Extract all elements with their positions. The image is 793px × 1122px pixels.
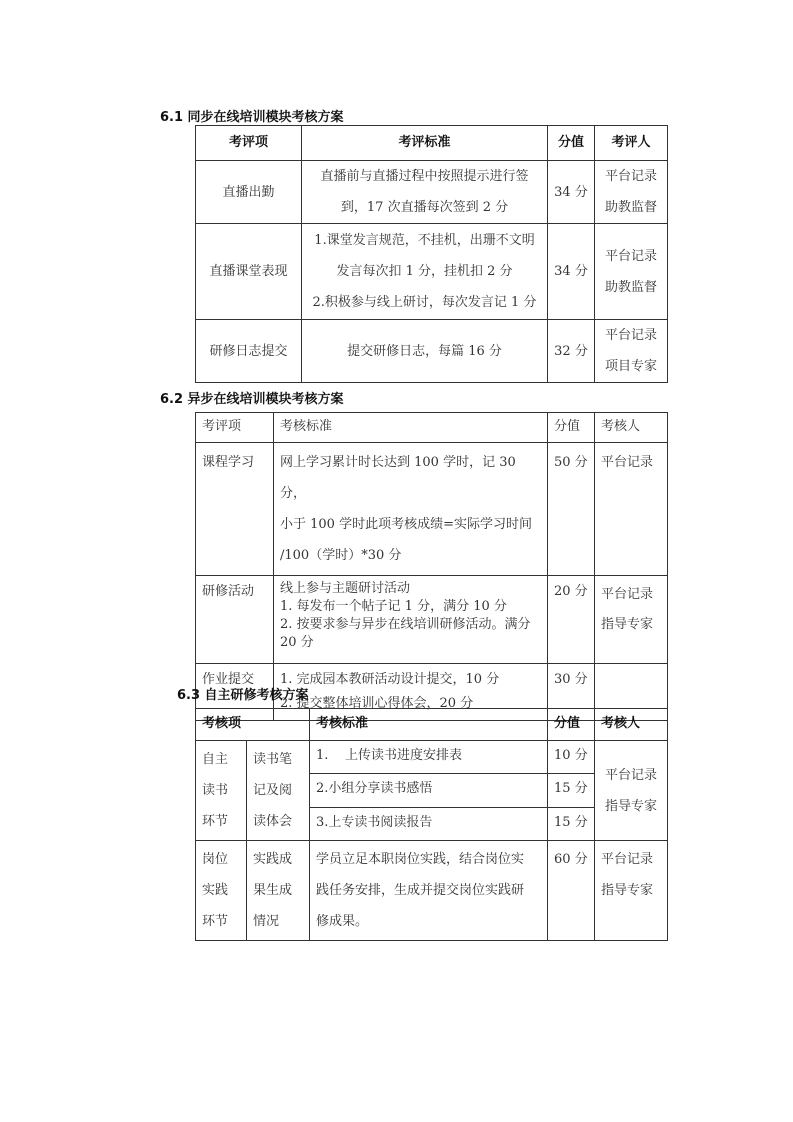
header-cell: 考核人 [595, 413, 668, 443]
category-line: 自主 [202, 744, 240, 775]
reviewer-line: 平台记录 [601, 844, 661, 875]
header-cell: 考评人 [595, 126, 668, 161]
subcategory-cell: 实践成 果生成 情况 [247, 841, 310, 941]
criteria-cell: 1. 上传读书进度安排表 [310, 741, 548, 774]
sync-training-table: 考评项 考评标准 分值 考评人 直播出勤 直播前与直播过程中按照提示进行签 到，… [195, 125, 668, 383]
reviewer-cell: 平台记录 项目专家 [595, 320, 668, 383]
criteria-line: 20 分 [280, 634, 541, 652]
reviewer-line: 平台记录 [601, 760, 661, 791]
reviewer-line: 平台记录 [595, 161, 667, 192]
subcategory-line: 读体会 [253, 806, 303, 837]
table-row: 自主 读书 环节 读书笔 记及阅 读体会 1. 上传读书进度安排表 10 分 平… [196, 741, 668, 774]
category-cell: 岗位 实践 环节 [196, 841, 247, 941]
criteria-line: 小于 100 学时此项考核成绩=实际学习时间 [280, 509, 541, 540]
score-cell: 34 分 [548, 161, 595, 224]
category-line: 环节 [202, 906, 240, 937]
subcategory-line: 情况 [253, 906, 303, 937]
header-cell: 分值 [548, 126, 595, 161]
criteria-cell: 3.上专读书阅读报告 [310, 807, 548, 840]
header-cell: 考核项 [196, 709, 310, 741]
reviewer-cell: 平台记录 助教监督 [595, 161, 668, 224]
criteria-line: 线上参与主题研讨活动 [280, 580, 541, 598]
table-row: 课程学习 网上学习累计时长达到 100 学时，记 30 分， 小于 100 学时… [196, 443, 668, 576]
reviewer-cell: 平台记录 指导专家 [595, 841, 668, 941]
criteria-line: /100（学时）*30 分 [280, 540, 541, 571]
criteria-line: 1. 完成园本教研活动设计提交，10 分 [280, 668, 541, 692]
table-row: 研修活动 线上参与主题研讨活动 1. 每发布一个帖子记 1 分，满分 10 分 … [196, 576, 668, 664]
score-cell: 15 分 [548, 807, 595, 840]
header-cell: 分值 [548, 413, 595, 443]
item-cell: 直播课堂表现 [196, 224, 302, 320]
reviewer-line: 平台记录 [595, 320, 667, 351]
header-cell: 分值 [548, 709, 595, 741]
table-header-row: 考核项 考核标准 分值 考核人 [196, 709, 668, 741]
header-cell: 考评项 [196, 126, 302, 161]
category-line: 读书 [202, 775, 240, 806]
subcategory-cell: 读书笔 记及阅 读体会 [247, 741, 310, 841]
reviewer-cell: 平台记录 助教监督 [595, 224, 668, 320]
table-header-row: 考评项 考评标准 分值 考评人 [196, 126, 668, 161]
score-cell: 15 分 [548, 774, 595, 807]
table-row: 岗位 实践 环节 实践成 果生成 情况 学员立足本职岗位实践，结合岗位实 践任务… [196, 841, 668, 941]
table-row: 研修日志提交 提交研修日志，每篇 16 分 32 分 平台记录 项目专家 [196, 320, 668, 383]
criteria-line: 1. 每发布一个帖子记 1 分，满分 10 分 [280, 598, 541, 616]
reviewer-cell: 平台记录 指导专家 [595, 741, 668, 841]
reviewer-line: 助教监督 [595, 272, 667, 303]
category-line: 实践 [202, 875, 240, 906]
category-cell: 自主 读书 环节 [196, 741, 247, 841]
criteria-cell: 2.小组分享读书感悟 [310, 774, 548, 807]
score-cell: 20 分 [548, 576, 595, 664]
self-study-table: 考核项 考核标准 分值 考核人 自主 读书 环节 读书笔 记及阅 读体会 1. … [195, 708, 668, 941]
criteria-line: 学员立足本职岗位实践，结合岗位实 [316, 844, 541, 875]
criteria-cell: 直播前与直播过程中按照提示进行签 到，17 次直播每次签到 2 分 [302, 161, 548, 224]
item-cell: 直播出勤 [196, 161, 302, 224]
subcategory-line: 记及阅 [253, 775, 303, 806]
reviewer-line: 指导专家 [601, 875, 661, 906]
section-heading-6-3: 6.3 自主研修考核方案 [177, 684, 309, 703]
score-cell: 10 分 [548, 741, 595, 774]
section-heading-6-1: 6.1 同步在线培训模块考核方案 [160, 106, 344, 125]
reviewer-line: 指导专家 [601, 791, 661, 822]
criteria-line: 到，17 次直播每次签到 2 分 [302, 192, 547, 223]
header-cell: 考核标准 [310, 709, 548, 741]
score-cell: 60 分 [548, 841, 595, 941]
subcategory-line: 实践成 [253, 844, 303, 875]
item-cell: 研修日志提交 [196, 320, 302, 383]
criteria-line: 2.积极参与线上研讨，每次发言记 1 分 [302, 287, 547, 318]
header-cell: 考评标准 [302, 126, 548, 161]
criteria-line: 2. 按要求参与异步在线培训研修活动。满分 [280, 616, 541, 634]
item-cell: 研修活动 [196, 576, 274, 664]
score-cell: 50 分 [548, 443, 595, 576]
subcategory-line: 果生成 [253, 875, 303, 906]
header-cell: 考核标准 [274, 413, 548, 443]
score-cell: 32 分 [548, 320, 595, 383]
header-cell: 考核人 [595, 709, 668, 741]
table-header-row: 考评项 考核标准 分值 考核人 [196, 413, 668, 443]
category-line: 岗位 [202, 844, 240, 875]
criteria-line: 直播前与直播过程中按照提示进行签 [302, 161, 547, 192]
criteria-line: 践任务安排，生成并提交岗位实践研 [316, 875, 541, 906]
reviewer-line: 指导专家 [601, 610, 661, 640]
criteria-line: 修成果。 [316, 906, 541, 937]
criteria-cell: 提交研修日志，每篇 16 分 [302, 320, 548, 383]
table-row: 直播出勤 直播前与直播过程中按照提示进行签 到，17 次直播每次签到 2 分 3… [196, 161, 668, 224]
category-line: 环节 [202, 806, 240, 837]
reviewer-cell: 平台记录 [595, 443, 668, 576]
reviewer-line: 项目专家 [595, 351, 667, 382]
criteria-line: 网上学习累计时长达到 100 学时，记 30 分， [280, 447, 541, 509]
criteria-line: 发言每次扣 1 分，挂机扣 2 分 [302, 256, 547, 287]
subcategory-line: 读书笔 [253, 744, 303, 775]
criteria-cell: 学员立足本职岗位实践，结合岗位实 践任务安排，生成并提交岗位实践研 修成果。 [310, 841, 548, 941]
reviewer-line: 平台记录 [595, 241, 667, 272]
header-cell: 考评项 [196, 413, 274, 443]
reviewer-line: 平台记录 [601, 580, 661, 610]
section-heading-6-2: 6.2 异步在线培训模块考核方案 [160, 388, 344, 407]
item-cell: 课程学习 [196, 443, 274, 576]
table-row: 直播课堂表现 1.课堂发言规范，不挂机，出珊不文明 发言每次扣 1 分，挂机扣 … [196, 224, 668, 320]
reviewer-cell: 平台记录 指导专家 [595, 576, 668, 664]
criteria-line: 1.课堂发言规范，不挂机，出珊不文明 [302, 225, 547, 256]
async-training-table: 考评项 考核标准 分值 考核人 课程学习 网上学习累计时长达到 100 学时，记… [195, 412, 668, 721]
criteria-cell: 线上参与主题研讨活动 1. 每发布一个帖子记 1 分，满分 10 分 2. 按要… [274, 576, 548, 664]
score-cell: 34 分 [548, 224, 595, 320]
criteria-cell: 网上学习累计时长达到 100 学时，记 30 分， 小于 100 学时此项考核成… [274, 443, 548, 576]
reviewer-line: 助教监督 [595, 192, 667, 223]
criteria-cell: 1.课堂发言规范，不挂机，出珊不文明 发言每次扣 1 分，挂机扣 2 分 2.积… [302, 224, 548, 320]
